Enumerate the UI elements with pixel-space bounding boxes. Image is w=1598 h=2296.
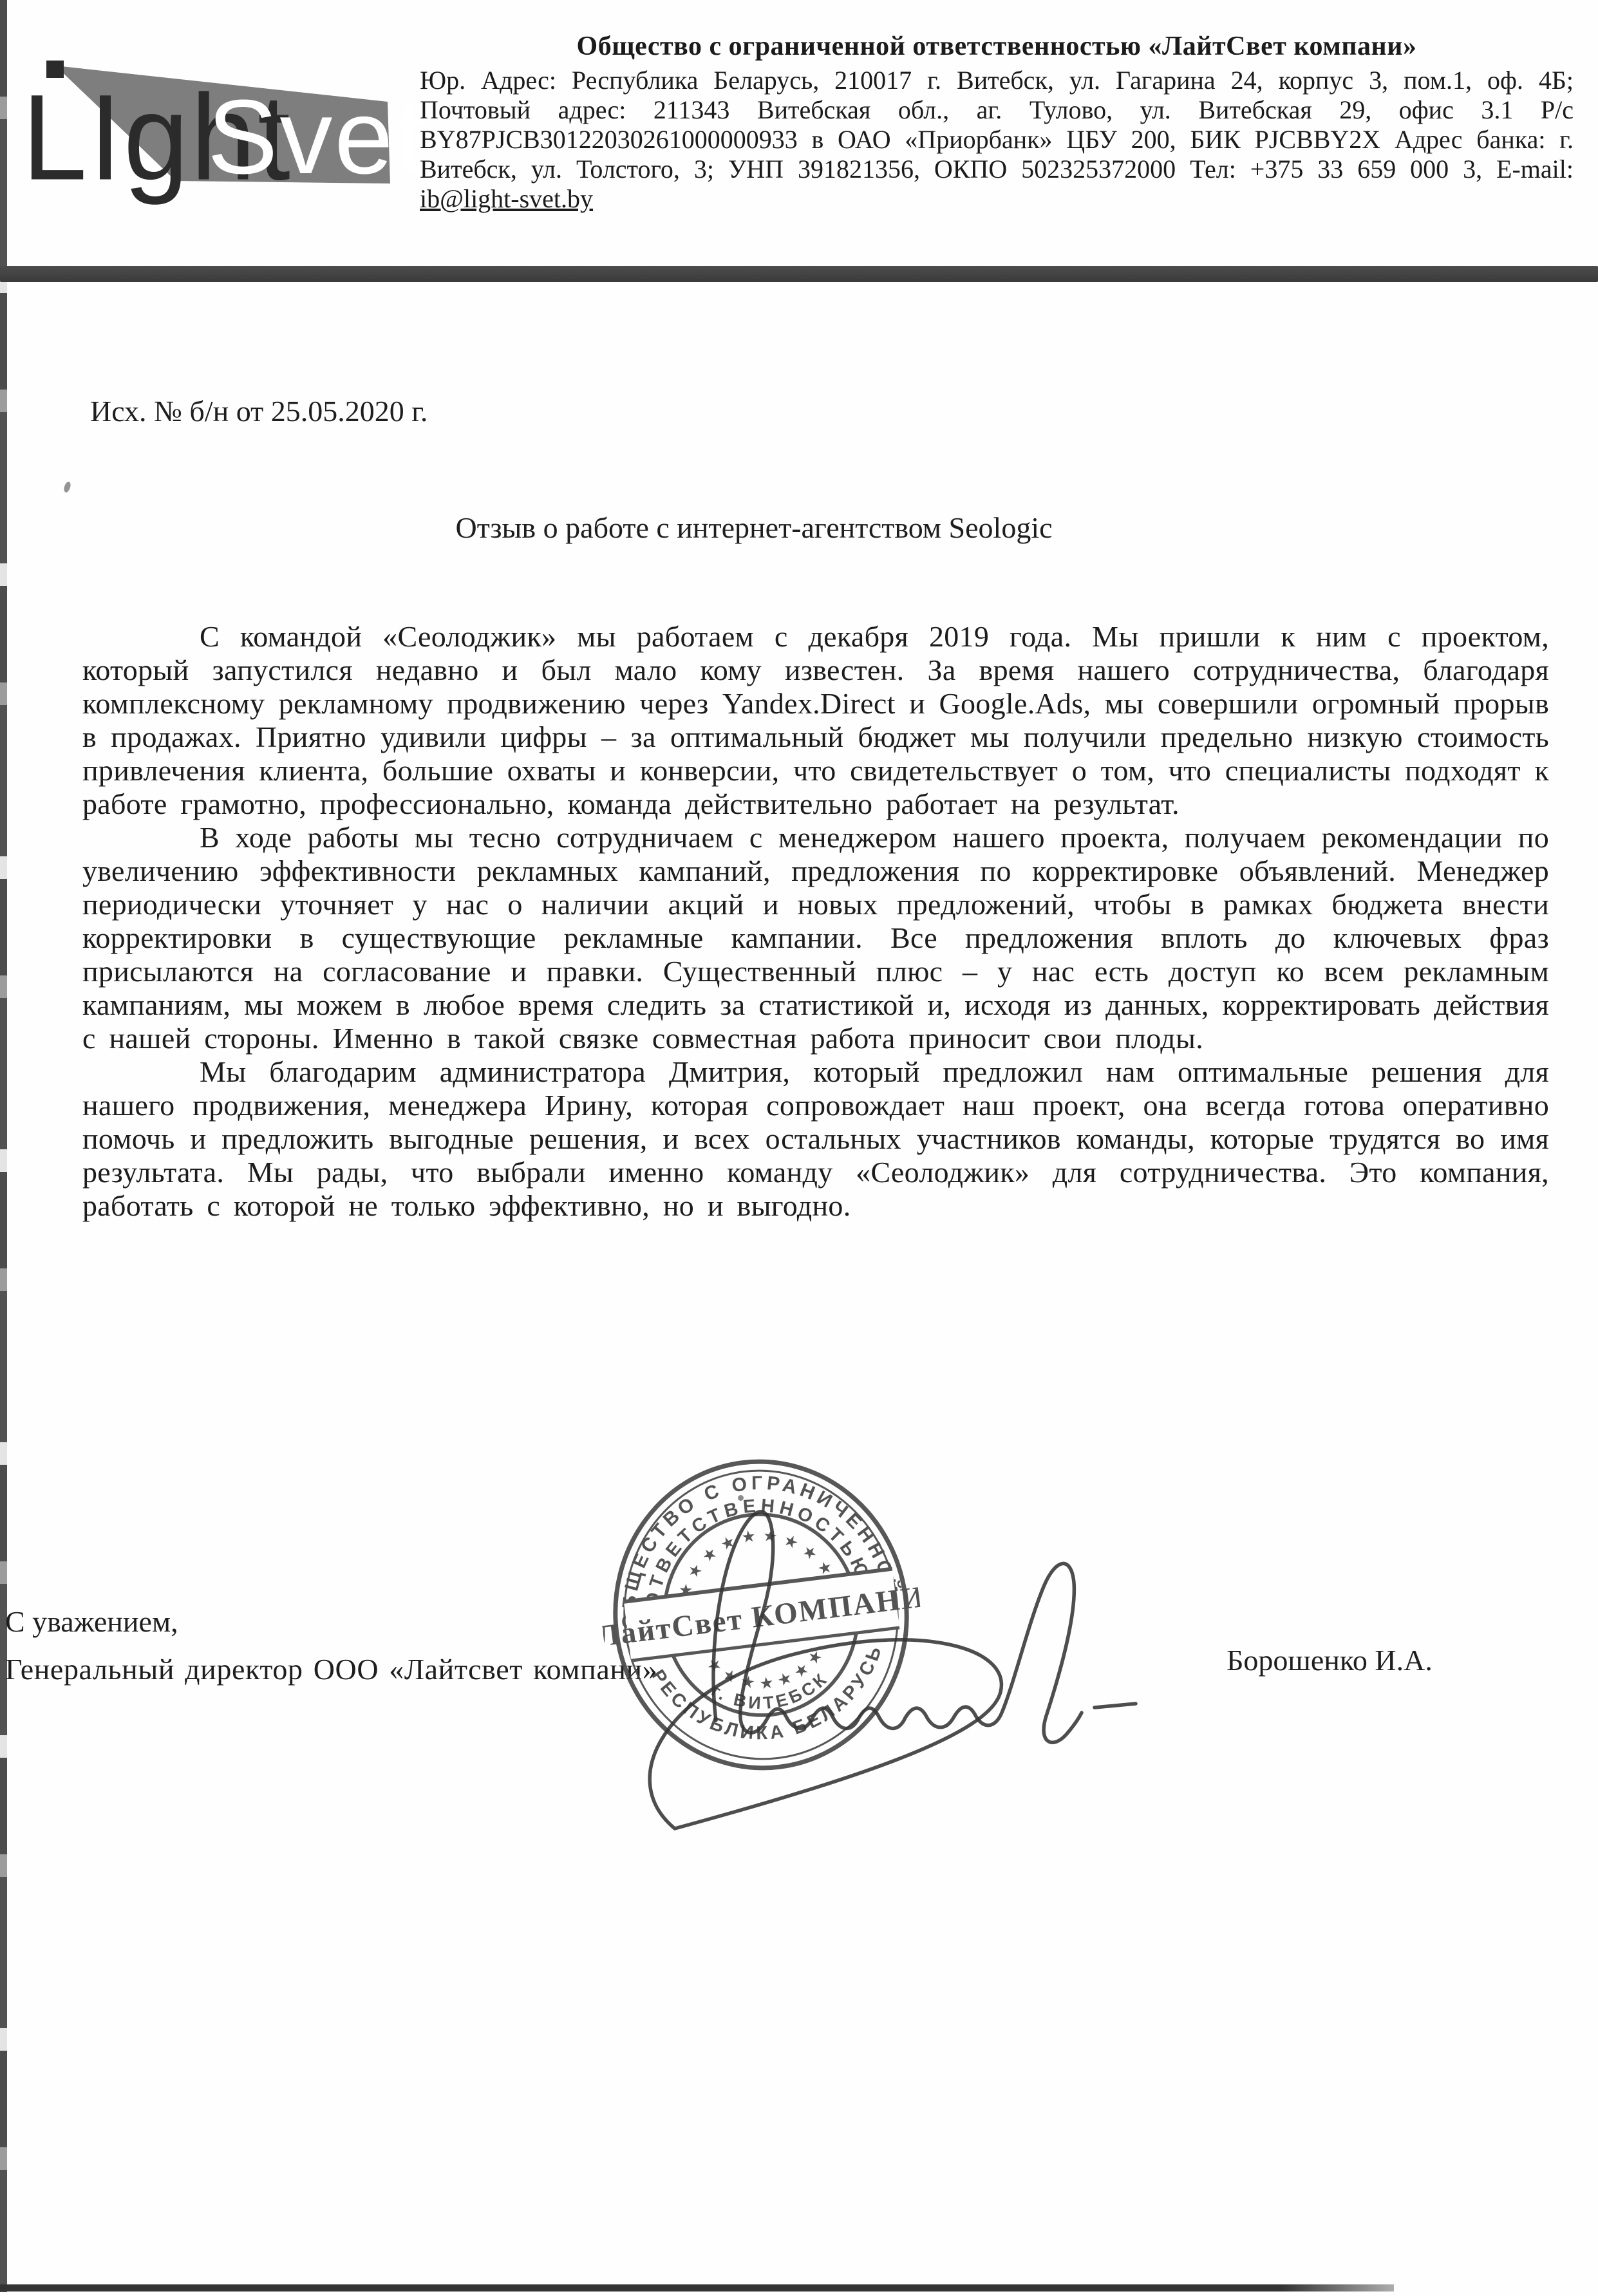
scanned-letter-page: LIght Svet Общество с ограниченной ответ…	[0, 0, 1598, 2296]
signature-oval-flourish	[650, 1640, 1001, 1829]
signature-ink	[0, 0, 1598, 2296]
signature-main-stroke	[713, 1512, 1136, 1742]
